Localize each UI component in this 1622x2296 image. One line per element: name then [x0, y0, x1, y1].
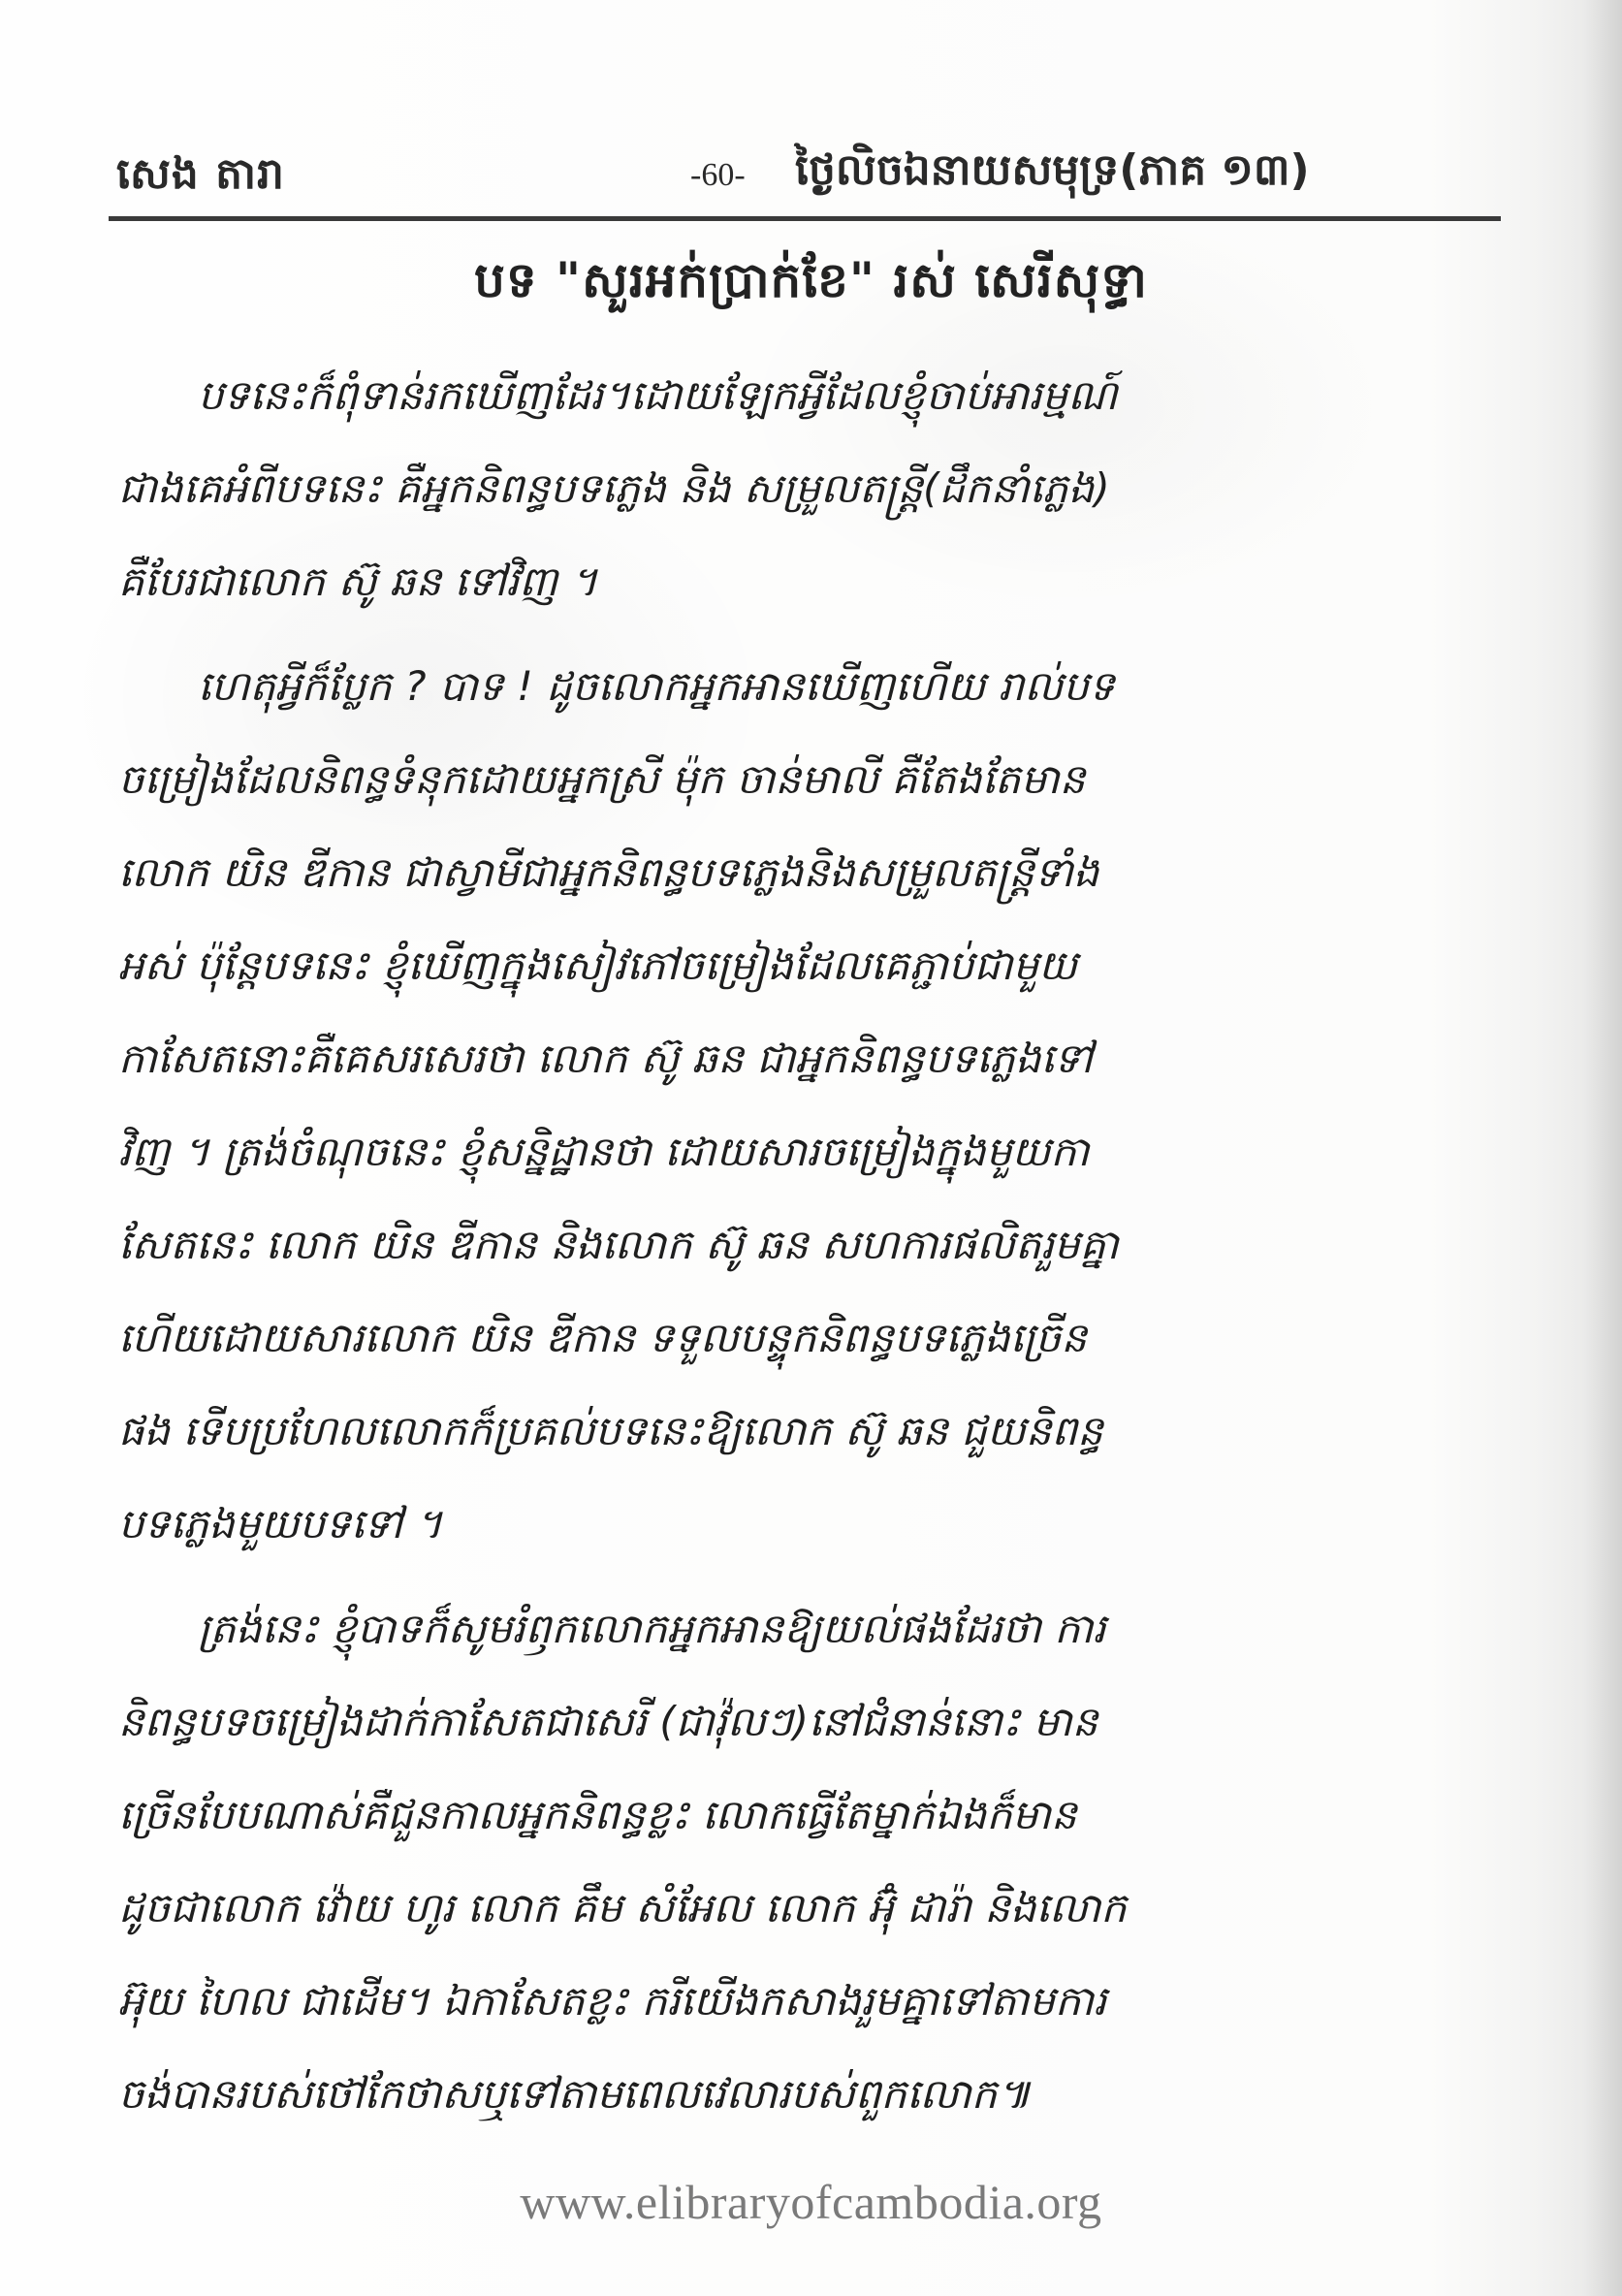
header-book-title: ថ្ងៃលិចឯនាយសមុទ្រ(ភាគ ១៣)	[795, 143, 1310, 206]
header-author: សេង តារា	[116, 147, 285, 209]
article-title: បទ "សួរអក់ប្រាក់ខែ" រស់ សេរីសុទ្ធា	[0, 250, 1622, 321]
paragraph-2-line: លោក យិន ឌីកាន ជាស្វាមីជាអ្នកនិពន្ធបទភ្លេ…	[118, 826, 1495, 919]
paragraph-3-line: ច្រើនបែបណាស់គឺជួនកាលអ្នកនិពន្ធខ្លះ លោកធ្…	[118, 1769, 1495, 1862]
paragraph-2-line: ផង ទើបប្រហែលលោកក៏ប្រគល់បទនេះឱ្យលោក ស៊ូ ឆ…	[118, 1385, 1495, 1478]
paragraph-1-line: ជាងគេអំពីបទនេះ គឺអ្នកនិពន្ធបទភ្លេង និង ស…	[118, 442, 1495, 535]
paragraph-2-line: សែតនេះ លោក យិន ឌីកាន និងលោក ស៊ូ ឆន សហការ…	[118, 1198, 1495, 1291]
binding-shadow	[1583, 0, 1622, 2296]
paragraph-3-line: និពន្ធបទចម្រៀងដាក់កាសែតជាសេរី (ជាវ៉ុលៗ)ន…	[118, 1675, 1495, 1769]
paragraph-1-line: គឺបែរជាលោក ស៊ូ ឆន ទៅវិញ ។	[118, 535, 1495, 628]
paragraph-2-line: ចម្រៀងដែលនិពន្ធទំនុកដោយអ្នកស្រី ម៉ុក ចាន…	[118, 733, 1495, 826]
paragraph-3-line: ត្រង់នេះ ខ្ញុំបាទក៏សូមរំឭកលោកអ្នកអានឱ្យយ…	[118, 1582, 1495, 1675]
paragraph-2-line: ហេតុអ្វីក៏ប្លែក ? បាទ ! ដូចលោកអ្នកអានឃើញ…	[118, 640, 1495, 733]
paragraph-3-line: ចង់បានរបស់ថៅកែថាសឬទៅតាមពេលវេលារបស់ពួកលោក…	[118, 2048, 1495, 2141]
paragraph-2-line: ហើយដោយសារលោក យិន ឌីកាន ទទួលបន្ទុកនិពន្ធប…	[118, 1291, 1495, 1385]
page-number: -60-	[690, 157, 746, 194]
paragraph-2-line: វិញ ។ ត្រង់ចំណុចនេះ ខ្ញុំសន្និដ្ឋានថា ដោ…	[118, 1105, 1495, 1198]
scanned-book-page: សេង តារា -60- ថ្ងៃលិចឯនាយសមុទ្រ(ភាគ ១៣) …	[0, 0, 1622, 2296]
watermark-url: www.elibraryofcambodia.org	[0, 2174, 1622, 2230]
paragraph-2-line: អស់ ប៉ុន្តែបទនេះ ខ្ញុំឃើញក្នុងសៀវភៅចម្រៀ…	[118, 919, 1495, 1012]
running-header: សេង តារា -60- ថ្ងៃលិចឯនាយសមុទ្រ(ភាគ ១៣)	[116, 143, 1503, 206]
paragraph-1-line: បទនេះក៏ពុំទាន់រកឃើញដែរ។ដោយឡែកអ្វីដែលខ្ញុ…	[118, 349, 1495, 442]
paragraph-3-line: អ៊ុយ ហៃល ជាដើម។ ឯកាសែតខ្លះ ករីយើងកសាងរួម…	[118, 1955, 1495, 2048]
header-divider	[109, 216, 1501, 221]
paragraph-2-line: កាសែតនោះគឺគេសរសេរថា លោក ស៊ូ ឆន ជាអ្នកនិព…	[118, 1012, 1495, 1105]
paragraph-3-line: ដូចជាលោក វ៉ោយ ហូរ លោក គឹម សំអែល លោក អ៊ុំ…	[118, 1862, 1495, 1955]
paragraph-2-line: បទភ្លេងមួយបទទៅ ។	[118, 1478, 1495, 1571]
